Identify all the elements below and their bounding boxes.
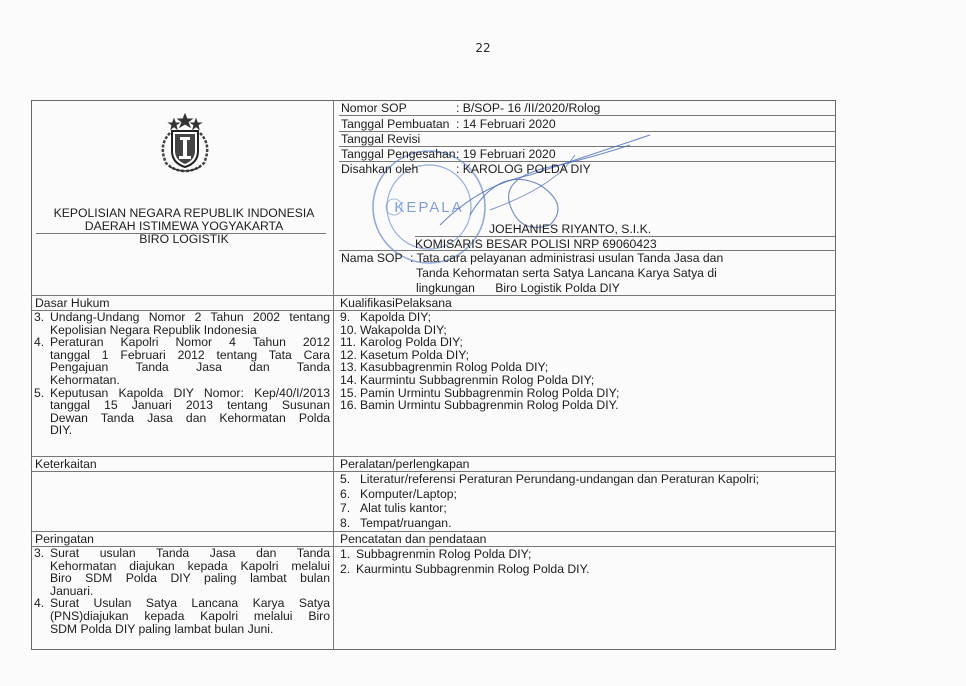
list-item: 5. Keputusan Kapolda DIY Nomor: Kep/40/I… xyxy=(34,387,330,437)
item-number: 5. xyxy=(340,472,360,487)
field-disahkan-oleh: Disahkan oleh: KAROLOG POLDA DIY xyxy=(341,162,591,176)
field-tanggal-pengesahan: Tanggal Pengesahan: 19 Februari 2020 xyxy=(341,147,556,161)
peralatan-list: 5.Literatur/referensi Peraturan Perundan… xyxy=(340,472,759,530)
item-text: Karolog Polda DIY; xyxy=(360,336,463,349)
item-line: Biro SDM Polda DIY paling lambat bulan xyxy=(50,572,330,585)
item-text: Subbagrenmin Rolog Polda DIY; xyxy=(356,547,531,562)
item-text: Tempat/ruangan. xyxy=(360,516,451,531)
item-number: 7. xyxy=(340,501,360,516)
item-number: 3. xyxy=(34,547,50,597)
item-text: Literatur/referensi Peraturan Perundang-… xyxy=(360,472,759,487)
item-line: SDM Polda DIY paling lambat bulan Juni. xyxy=(50,623,330,636)
item-line: Surat usulan Tanda Jasa dan Tanda xyxy=(50,547,330,560)
field-value: : KAROLOG POLDA DIY xyxy=(456,162,591,176)
item-text: Kaurmintu Subbagrenmin Rolog Polda DIY. xyxy=(356,562,590,577)
list-item: 9.Kapolda DIY; xyxy=(340,311,619,324)
list-item: 3. Undang-Undang Nomor 2 Tahun 2002 tent… xyxy=(34,311,330,336)
organization-name: KEPOLISIAN NEGARA REPUBLIK INDONESIA DAE… xyxy=(36,207,332,245)
org-line: DAERAH ISTIMEWA YOGYAKARTA xyxy=(36,220,332,233)
field-tanggal-revisi: Tanggal Revisi xyxy=(341,132,456,146)
item-number: 9. xyxy=(340,311,360,324)
nama-sop-line: : Tata cara pelayanan administrasi usula… xyxy=(410,251,723,265)
field-label: Tanggal Pengesahan xyxy=(341,147,456,161)
kualifikasi-list: 9.Kapolda DIY; 10.Wakapolda DIY; 11.Karo… xyxy=(340,311,619,412)
item-text: Bamin Urmintu Subbagrenmin Rolog Polda D… xyxy=(360,399,619,412)
field-label: Nomor SOP xyxy=(341,101,456,115)
pencatatan-list: 1.Subbagrenmin Rolog Polda DIY; 2.Kaurmi… xyxy=(340,547,590,576)
item-number: 4. xyxy=(34,597,50,635)
item-line: Peraturan Kapolri Nomor 4 Tahun 2012 xyxy=(50,336,330,349)
item-text: Alat tulis kantor; xyxy=(360,501,447,516)
section-title-keterkaitan: Keterkaitan xyxy=(35,457,97,471)
section-title-dasar-hukum: Dasar Hukum xyxy=(35,296,110,310)
field-label: Tanggal Pembuatan xyxy=(341,117,456,131)
item-text: Kaurmintu Subbagrenmin Rolog Polda DIY; xyxy=(360,374,594,387)
field-label: Disahkan oleh xyxy=(341,162,456,176)
signatory-name: JOEHANIES RIYANTO, S.I.K. xyxy=(489,222,651,236)
org-line: KEPOLISIAN NEGARA REPUBLIK INDONESIA xyxy=(36,207,332,220)
section-title-kualifikasi: KualifikasiPelaksana xyxy=(340,296,452,310)
field-label: Tanggal Revisi xyxy=(341,132,456,146)
field-nomor-sop: Nomor SOP: B/SOP- 16 /II/2020/Rolog xyxy=(341,101,600,115)
list-item: 16.Bamin Urmintu Subbagrenmin Rolog Pold… xyxy=(340,399,619,412)
dasar-hukum-list: 3. Undang-Undang Nomor 2 Tahun 2002 tent… xyxy=(34,311,330,437)
page-number: 22 xyxy=(0,41,966,55)
list-item: 3. Surat usulan Tanda Jasa dan Tanda Keh… xyxy=(34,547,330,597)
item-text: Komputer/Laptop; xyxy=(360,487,457,502)
item-line: Undang-Undang Nomor 2 Tahun 2002 tentang xyxy=(50,311,330,324)
item-text: Kapolda DIY; xyxy=(360,311,431,324)
item-number: 16. xyxy=(340,399,360,412)
list-item: 7.Alat tulis kantor; xyxy=(340,501,759,516)
peringatan-list: 3. Surat usulan Tanda Jasa dan Tanda Keh… xyxy=(34,547,330,635)
item-line: DIY. xyxy=(50,424,330,437)
list-item: 4. Surat Usulan Satya Lancana Karya Saty… xyxy=(34,597,330,635)
list-item: 1.Subbagrenmin Rolog Polda DIY; xyxy=(340,547,590,562)
police-emblem-icon xyxy=(150,113,220,175)
list-item: 8.Tempat/ruangan. xyxy=(340,516,759,531)
list-item: 5.Literatur/referensi Peraturan Perundan… xyxy=(340,472,759,487)
nama-sop-line: lingkungan Biro Logistik Polda DIY xyxy=(416,281,620,295)
column-divider xyxy=(333,100,334,650)
field-value: : 19 Februari 2020 xyxy=(456,147,556,161)
signatory-rank: KOMISARIS BESAR POLISI NRP 69060423 xyxy=(415,237,657,251)
item-number: 11. xyxy=(340,336,360,349)
field-tanggal-pembuatan: Tanggal Pembuatan: 14 Februari 2020 xyxy=(341,117,556,131)
section-title-peringatan: Peringatan xyxy=(35,532,94,546)
item-number: 2. xyxy=(340,562,356,577)
item-number: 14. xyxy=(340,374,360,387)
item-line: Dewan Tanda Jasa dan Kehormatan Polda xyxy=(50,412,330,425)
list-item: 14.Kaurmintu Subbagrenmin Rolog Polda DI… xyxy=(340,374,619,387)
list-item: 11.Karolog Polda DIY; xyxy=(340,336,619,349)
list-item: 4. Peraturan Kapolri Nomor 4 Tahun 2012 … xyxy=(34,336,330,386)
item-number: 6. xyxy=(340,487,360,502)
field-value: : 14 Februari 2020 xyxy=(456,117,556,131)
list-item: 2.Kaurmintu Subbagrenmin Rolog Polda DIY… xyxy=(340,562,590,577)
item-line: (PNS)diajukan kepada Kapolri melalui Bir… xyxy=(50,610,330,623)
org-line: BIRO LOGISTIK xyxy=(36,233,332,246)
list-item: 6.Komputer/Laptop; xyxy=(340,487,759,502)
item-number: 4. xyxy=(34,336,50,386)
item-number: 3. xyxy=(34,311,50,336)
item-number: 8. xyxy=(340,516,360,531)
item-number: 1. xyxy=(340,547,356,562)
nama-sop-label: Nama SOP xyxy=(341,251,403,265)
section-title-peralatan: Peralatan/perlengkapan xyxy=(340,457,469,471)
field-value: : B/SOP- 16 /II/2020/Rolog xyxy=(456,101,600,115)
section-title-pencatatan: Pencatatan dan pendataan xyxy=(340,532,486,546)
item-number: 5. xyxy=(34,387,50,437)
item-line: tanggal 15 Januari 2013 tentang Susunan xyxy=(50,399,330,412)
item-line: Kehormatan. xyxy=(50,374,330,387)
row-divider xyxy=(339,115,836,116)
nama-sop-line: Tanda Kehormatan serta Satya Lancana Kar… xyxy=(416,266,717,280)
